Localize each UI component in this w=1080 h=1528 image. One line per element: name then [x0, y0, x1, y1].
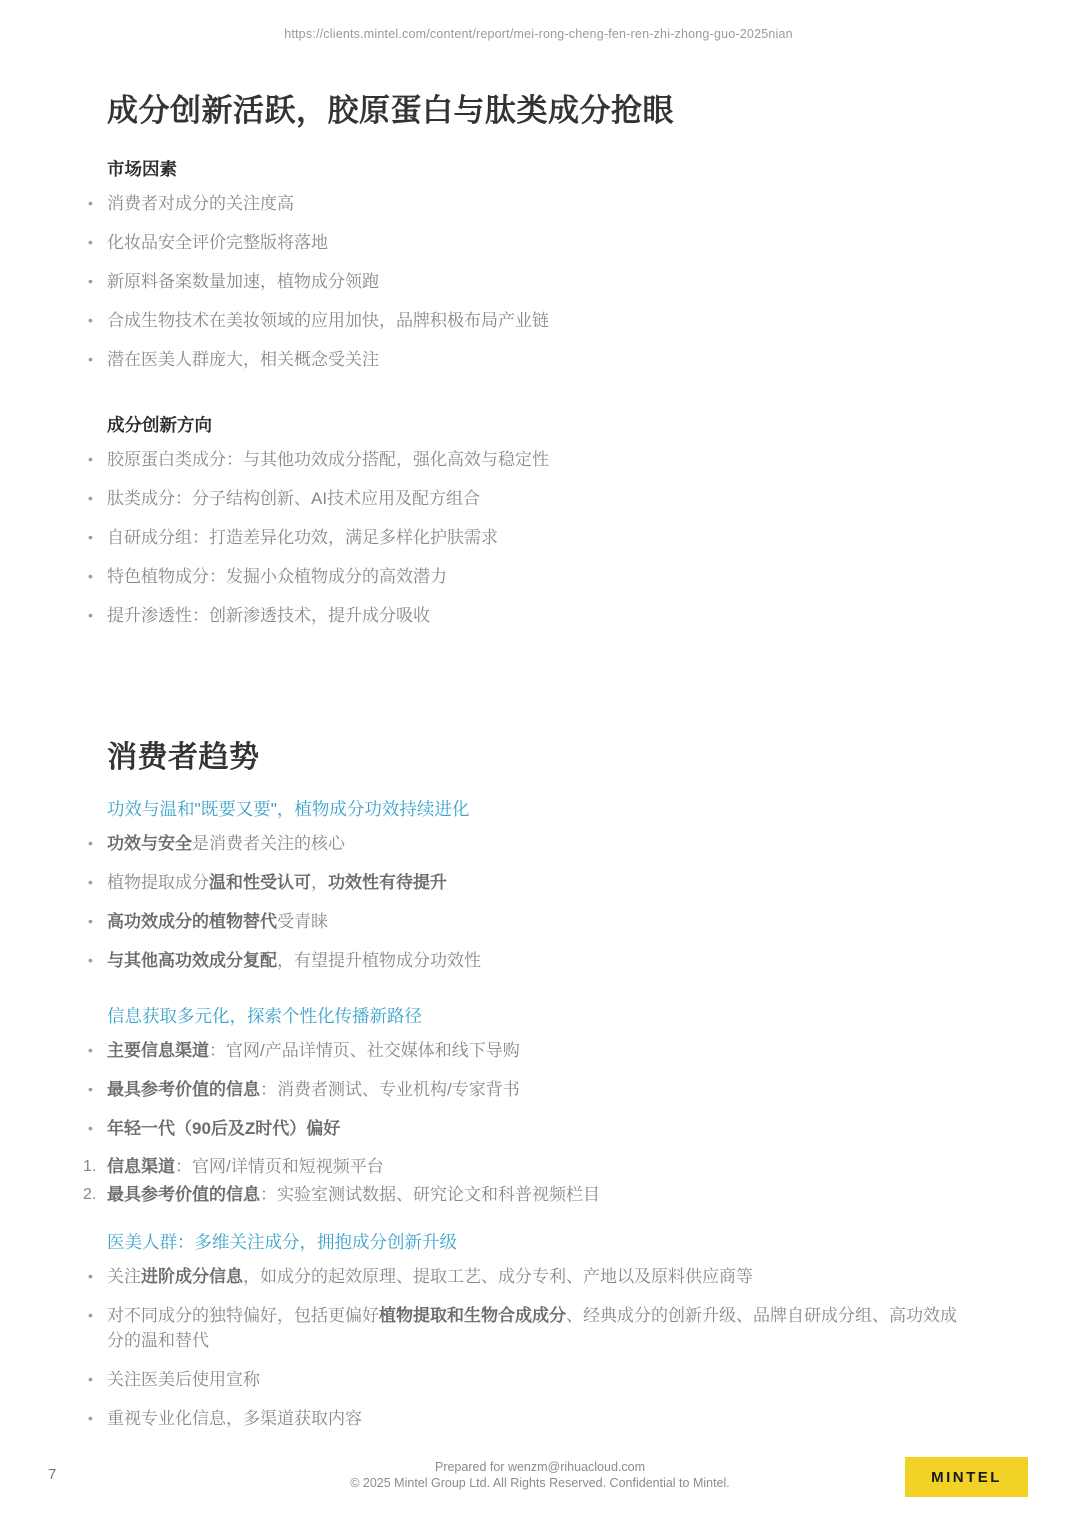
trend-group-3-heading: 医美人群：多维关注成分，拥抱成分创新升级 — [107, 1229, 970, 1254]
bullet-item: 化妆品安全评价完整版将落地 — [107, 230, 970, 255]
bullet-item: 重视专业化信息，多渠道获取内容 — [107, 1406, 970, 1431]
page-title: 成分创新活跃，胶原蛋白与肽类成分抢眼 — [107, 85, 970, 130]
trend-group-2-heading: 信息获取多元化，探索个性化传播新路径 — [107, 1003, 970, 1028]
bullet-item: 特色植物成分：发掘小众植物成分的高效潜力 — [107, 564, 970, 589]
trend-group-1-heading: 功效与温和"既要又要"，植物成分功效持续进化 — [107, 796, 970, 821]
bullet-item: 与其他高功效成分复配，有望提升植物成分功效性 — [107, 948, 970, 973]
bullet-item: 自研成分组：打造差异化功效，满足多样化护肤需求 — [107, 525, 970, 550]
bullet-item: 关注进阶成分信息，如成分的起效原理、提取工艺、成分专利、产地以及原料供应商等 — [107, 1264, 970, 1289]
market-factors-list: 消费者对成分的关注度高化妆品安全评价完整版将落地新原料备案数量加速，植物成分领跑… — [107, 191, 970, 372]
bullet-item: 植物提取成分温和性受认可，功效性有待提升 — [107, 870, 970, 895]
numbered-item: 最具参考价值的信息：实验室测试数据、研究论文和科普视频栏目 — [107, 1183, 970, 1207]
page-footer: 7 Prepared for wenzm@rihuacloud.com © 20… — [0, 1456, 1080, 1528]
numbered-item: 信息渠道：官网/详情页和短视频平台 — [107, 1155, 970, 1179]
report-page: https://clients.mintel.com/content/repor… — [0, 0, 1080, 1528]
bullet-item: 消费者对成分的关注度高 — [107, 191, 970, 216]
bullet-item: 关注医美后使用宣称 — [107, 1367, 970, 1392]
bullet-item: 新原料备案数量加速，植物成分领跑 — [107, 269, 970, 294]
innovation-directions-heading: 成分创新方向 — [107, 412, 970, 437]
mintel-logo-text: MINTEL — [931, 1469, 1002, 1486]
bullet-item: 潜在医美人群庞大，相关概念受关注 — [107, 347, 970, 372]
bullet-item: 高功效成分的植物替代受青睐 — [107, 909, 970, 934]
bullet-item: 合成生物技术在美妆领域的应用加快，品牌积极布局产业链 — [107, 308, 970, 333]
bullet-item: 主要信息渠道：官网/产品详情页、社交媒体和线下导购 — [107, 1038, 970, 1063]
bullet-item: 最具参考价值的信息：消费者测试、专业机构/专家背书 — [107, 1077, 970, 1102]
mintel-logo: MINTEL — [905, 1457, 1028, 1497]
bullet-item: 提升渗透性：创新渗透技术，提升成分吸收 — [107, 603, 970, 628]
market-factors-heading: 市场因素 — [107, 156, 970, 181]
bullet-item: 肽类成分：分子结构创新、AI技术应用及配方组合 — [107, 486, 970, 511]
bullet-item: 功效与安全是消费者关注的核心 — [107, 831, 970, 856]
trend-group-2-numbered-list: 信息渠道：官网/详情页和短视频平台最具参考价值的信息：实验室测试数据、研究论文和… — [107, 1155, 970, 1207]
bullet-item: 年轻一代（90后及Z时代）偏好 — [107, 1116, 970, 1141]
trend-group-3-list: 关注进阶成分信息，如成分的起效原理、提取工艺、成分专利、产地以及原料供应商等对不… — [107, 1264, 970, 1431]
trend-group-2-list: 主要信息渠道：官网/产品详情页、社交媒体和线下导购最具参考价值的信息：消费者测试… — [107, 1038, 970, 1141]
page-url: https://clients.mintel.com/content/repor… — [107, 0, 970, 41]
innovation-directions-list: 胶原蛋白类成分：与其他功效成分搭配，强化高效与稳定性肽类成分：分子结构创新、AI… — [107, 447, 970, 628]
bullet-item: 对不同成分的独特偏好，包括更偏好植物提取和生物合成成分、经典成分的创新升级、品牌… — [107, 1303, 970, 1353]
consumer-trends-title: 消费者趋势 — [107, 732, 970, 776]
trend-group-1-list: 功效与安全是消费者关注的核心植物提取成分温和性受认可，功效性有待提升高功效成分的… — [107, 831, 970, 973]
bullet-item: 胶原蛋白类成分：与其他功效成分搭配，强化高效与稳定性 — [107, 447, 970, 472]
